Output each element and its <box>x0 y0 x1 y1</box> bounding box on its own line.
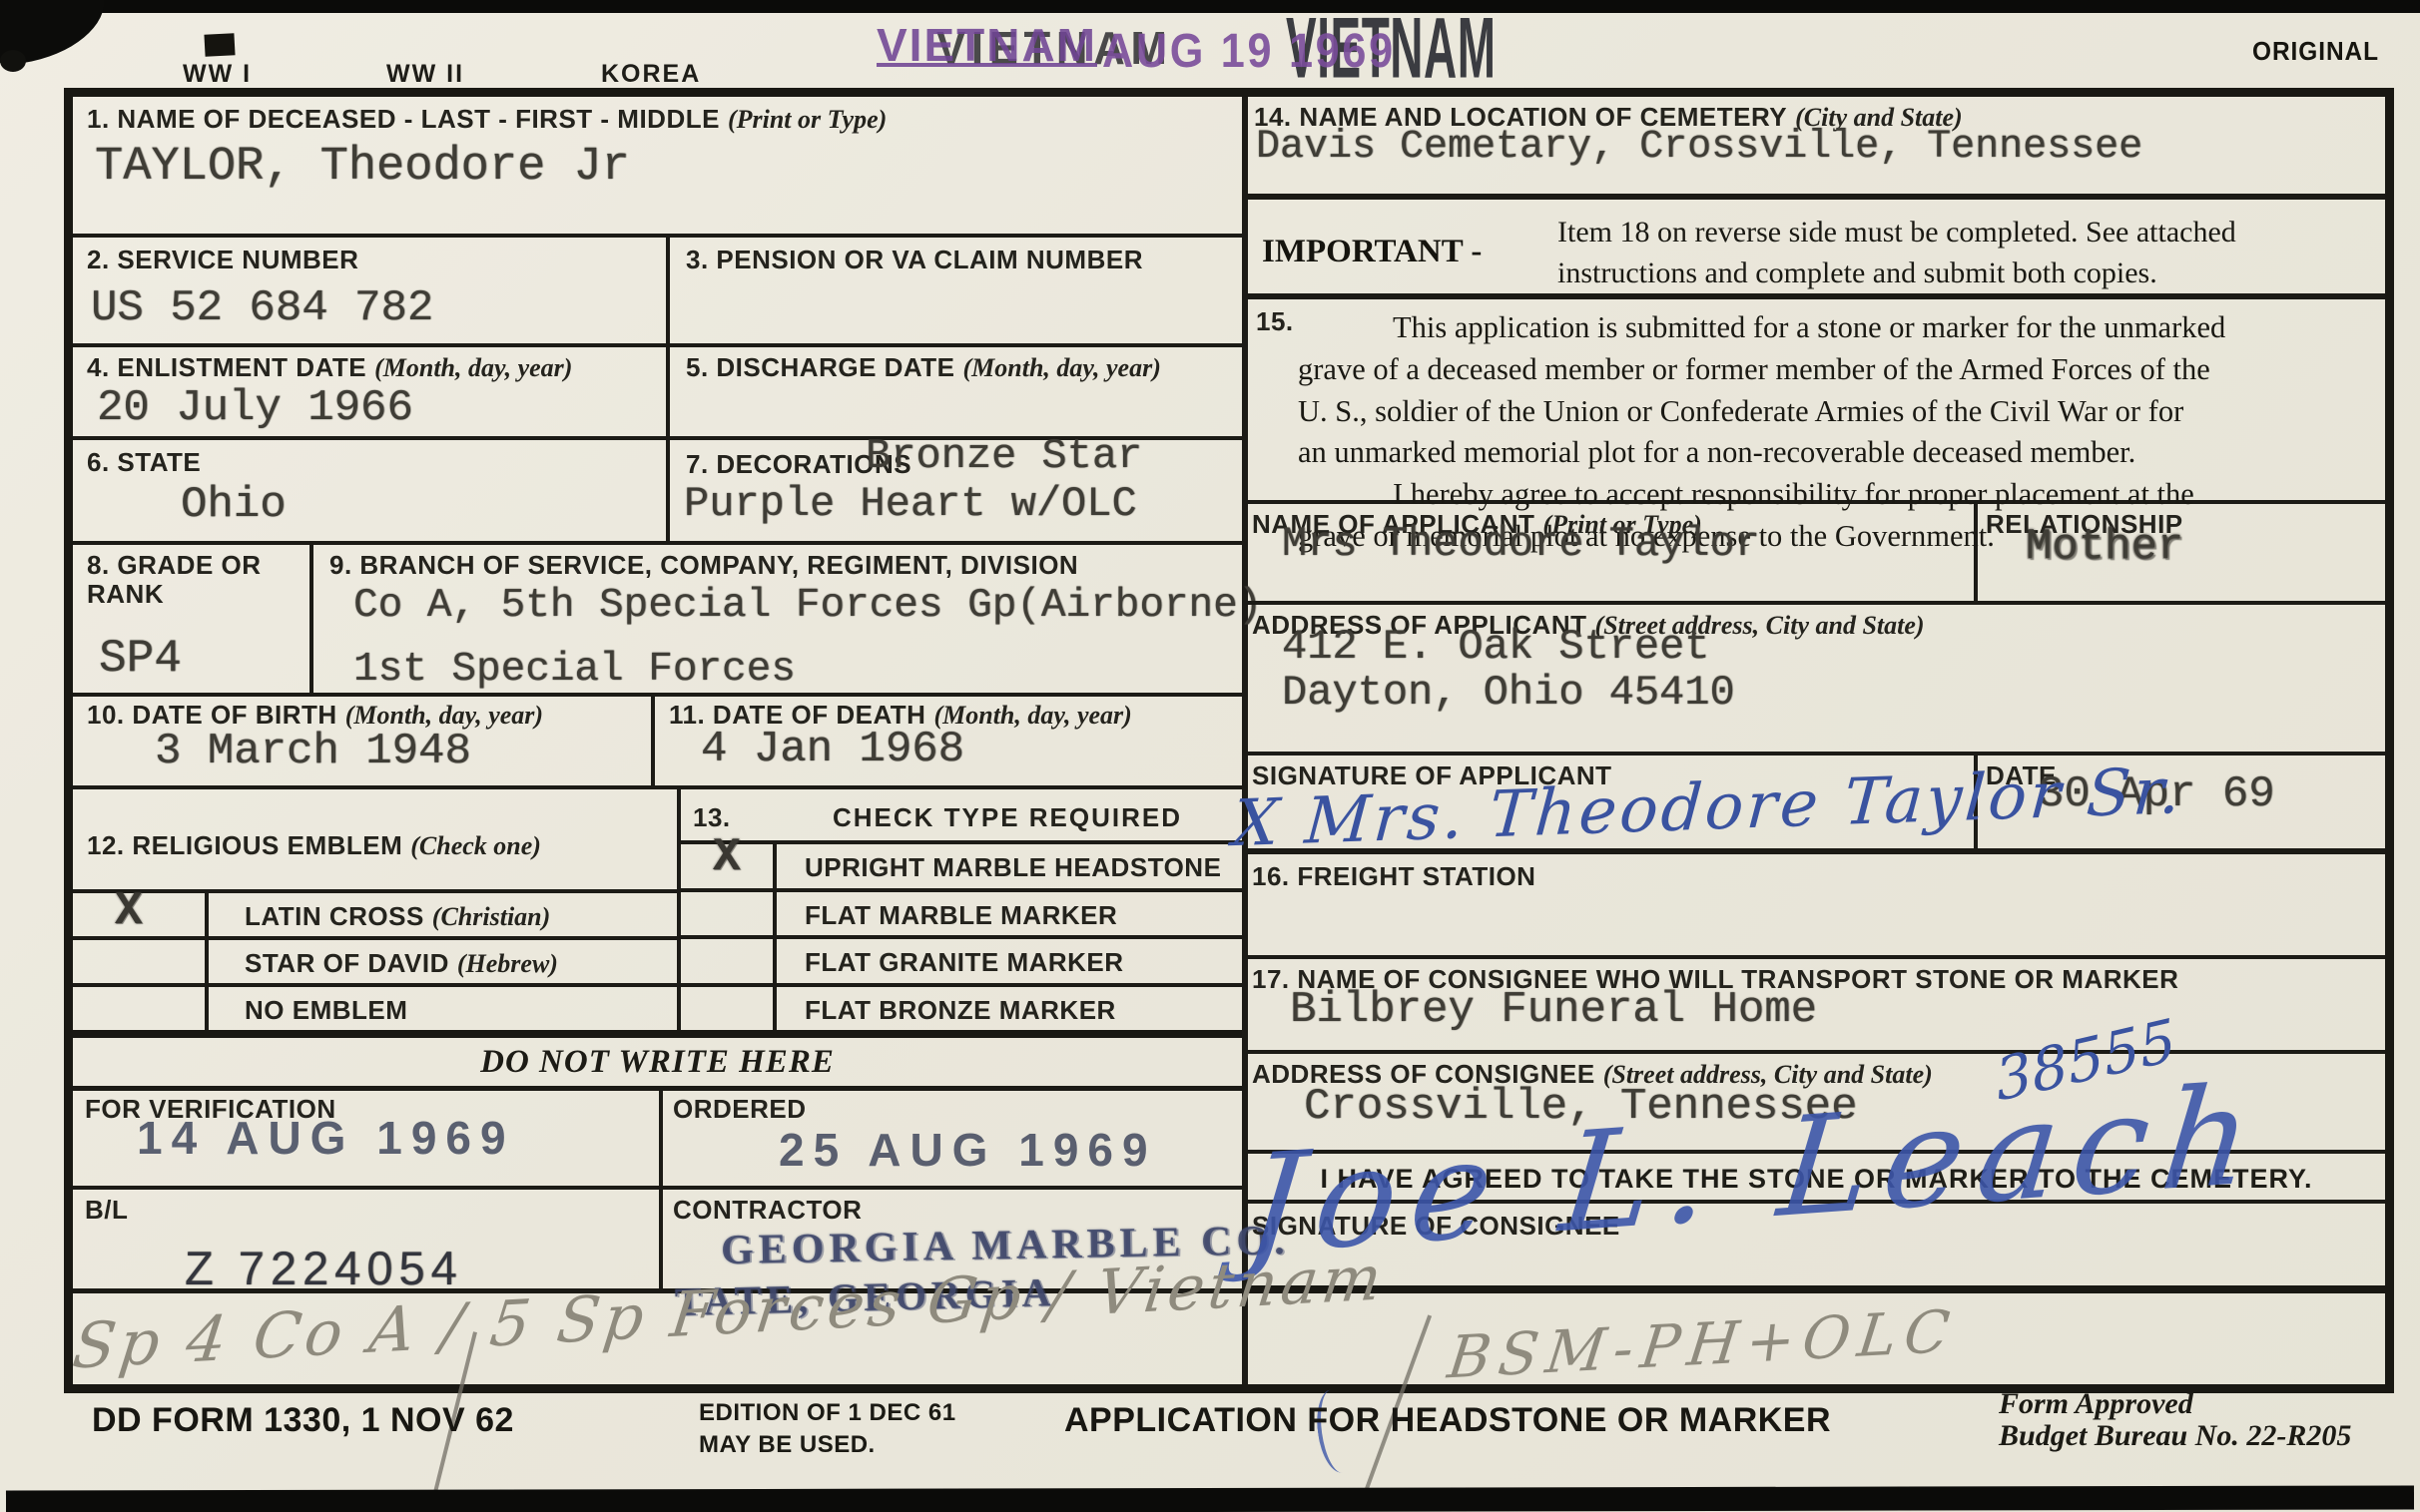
row-verification-ordered: FOR VERIFICATION 14 AUG 1969 ORDERED 25 … <box>73 1091 1242 1190</box>
form-right-column: 14. NAME AND LOCATION OF CEMETERY(City a… <box>1248 97 2385 1384</box>
field-for-verification: FOR VERIFICATION 14 AUG 1969 <box>73 1091 663 1186</box>
do-not-write-text: DO NOT WRITE HERE <box>480 1044 835 1081</box>
label-text: NO EMBLEM <box>245 995 407 1025</box>
date-of-death-value: 4 Jan 1968 <box>701 725 964 775</box>
copy-label-original: ORIGINAL <box>2252 36 2379 67</box>
field-applicant-name: NAME OF APPLICANT(Print or Type) Mrs The… <box>1248 504 1978 601</box>
relationship-value: Mother <box>2026 522 2183 573</box>
field-label: CONTRACTOR <box>673 1196 862 1225</box>
branch-value-line1: Co A, 5th Special Forces Gp(Airborne) <box>353 583 1262 630</box>
enlistment-date-value: 20 July 1966 <box>97 383 413 434</box>
field-decorations: 7. DECORATIONS Bronze Star Purple Heart … <box>670 440 1242 541</box>
form-title: APPLICATION FOR HEADSTONE OR MARKER <box>1064 1401 1831 1440</box>
marker-option-upright-marble: UPRIGHT MARBLE HEADSTONE <box>681 840 1242 888</box>
ordered-date-stamp: 25 AUG 1969 <box>779 1123 1157 1177</box>
option-label: FLAT BRONZE MARKER <box>777 987 1116 1031</box>
important-notice: IMPORTANT - Item 18 on reverse side must… <box>1248 200 2385 299</box>
field-cemetery: 14. NAME AND LOCATION OF CEMETERY(City a… <box>1248 97 2385 200</box>
service-number-value: US 52 684 782 <box>91 283 433 334</box>
label-note: (Month, day, year) <box>963 353 1161 382</box>
applicant-name-value: Mrs Theodore Taylor <box>1282 520 1760 568</box>
scan-corner-blob-small <box>0 50 26 72</box>
applicant-address-line2: Dayton, Ohio 45410 <box>1282 669 1735 717</box>
field-consignee-name: 17. NAME OF CONSIGNEE WHO WILL TRANSPORT… <box>1248 959 2385 1054</box>
label-note: (Hebrew) <box>457 949 558 978</box>
decorations-value-line1: Bronze Star <box>866 432 1142 480</box>
field-label: 8. GRADE OR RANK <box>87 551 272 609</box>
option-label: UPRIGHT MARBLE HEADSTONE <box>777 844 1221 888</box>
emblem-option-star-of-david: STAR OF DAVID(Hebrew) <box>73 936 677 983</box>
decorations-value-line2: Purple Heart w/OLC <box>684 480 1137 528</box>
marker-option-flat-marble: FLAT MARBLE MARKER <box>681 888 1242 936</box>
label-note: (Month, day, year) <box>374 353 572 382</box>
field-state: 6. STATE Ohio <box>73 440 670 541</box>
field-discharge-date: 5. DISCHARGE DATE(Month, day, year) <box>670 347 1242 436</box>
field-label: 3. PENSION OR VA CLAIM NUMBER <box>686 246 1143 274</box>
field-enlistment-date: 4. ENLISTMENT DATE(Month, day, year) 20 … <box>73 347 670 436</box>
label-text: 10. DATE OF BIRTH <box>87 700 337 730</box>
statement-line: U. S., soldier of the Union or Confedera… <box>1298 391 2381 433</box>
name-of-deceased-value: TAYLOR, Theodore Jr <box>95 141 630 195</box>
cemetery-value: Davis Cemetary, Crossville, Tennessee <box>1256 125 2142 171</box>
important-label: IMPORTANT - <box>1262 234 1482 269</box>
form-body: 1. NAME OF DECEASED - LAST - FIRST - MID… <box>64 88 2394 1393</box>
emblem-option-no-emblem: NO EMBLEM <box>73 983 677 1030</box>
important-label-wrap: IMPORTANT - <box>1248 200 1557 293</box>
verification-date-stamp: 14 AUG 1969 <box>137 1111 515 1165</box>
row-grade-branch: 8. GRADE OR RANK SP4 9. BRANCH OF SERVIC… <box>73 545 1242 697</box>
form-left-column: 1. NAME OF DECEASED - LAST - FIRST - MID… <box>73 97 1248 1384</box>
dd-form-1330-scan: WW I WW II KOREA VIETNAM VIETNAM AUG 19 … <box>0 0 2420 1512</box>
marker-option-flat-bronze: FLAT BRONZE MARKER <box>681 983 1242 1031</box>
label-note: (Month, day, year) <box>345 701 543 730</box>
war-label-korea: KOREA <box>601 60 701 89</box>
date-of-birth-value: 3 March 1948 <box>155 727 471 777</box>
checkbox-cell <box>681 892 777 936</box>
label-note: (Print or Type) <box>728 105 887 134</box>
emblem-option-latin-cross: LATIN CROSS(Christian) <box>73 889 677 936</box>
marker-options: UPRIGHT MARBLE HEADSTONE FLAT MARBLE MAR… <box>681 840 1242 1030</box>
field-religious-emblem: 12. RELIGIOUS EMBLEM(Check one) X LATIN … <box>73 789 681 1030</box>
label-text: LATIN CROSS <box>245 901 424 931</box>
state-value: Ohio <box>181 480 287 531</box>
option-label: FLAT MARBLE MARKER <box>777 892 1117 936</box>
field-label: ORDERED <box>673 1095 807 1124</box>
option-label: LATIN CROSS(Christian) <box>209 893 550 936</box>
edition-note-line2: MAY BE USED. <box>699 1431 876 1459</box>
label-note: (Christian) <box>432 902 551 931</box>
field-label: 16. FREIGHT STATION <box>1252 862 1535 891</box>
row-state-decorations: 6. STATE Ohio 7. DECORATIONS Bronze Star… <box>73 440 1242 545</box>
checkbox-cell <box>681 939 777 983</box>
checkbox-cell <box>73 987 209 1030</box>
row-enlistment-discharge: 4. ENLISTMENT DATE(Month, day, year) 20 … <box>73 347 1242 440</box>
field-bl: B/L Z 7224054 <box>73 1190 663 1288</box>
field-branch-of-service: 9. BRANCH OF SERVICE, COMPANY, REGIMENT,… <box>313 545 1242 693</box>
field-freight-station: 16. FREIGHT STATION <box>1248 854 2385 959</box>
vietnam-stamp: VIETNAM <box>877 18 1097 72</box>
important-line: instructions and complete and submit bot… <box>1557 252 2385 293</box>
row-birth-death: 10. DATE OF BIRTH(Month, day, year) 3 Ma… <box>73 697 1242 789</box>
important-text: Item 18 on reverse side must be complete… <box>1557 200 2385 293</box>
field-check-type-required: 13. CHECK TYPE REQUIRED X UPRIGHT MARBLE… <box>681 789 1242 1030</box>
field-label: 9. BRANCH OF SERVICE, COMPANY, REGIMENT,… <box>329 551 1078 580</box>
upright-headstone-checkbox-mark: X <box>713 831 741 883</box>
field-number: 13. <box>693 803 731 832</box>
label-text: 4. ENLISTMENT DATE <box>87 352 366 382</box>
checkbox-cell <box>681 987 777 1031</box>
do-not-write-banner: DO NOT WRITE HERE <box>73 1038 1242 1091</box>
latin-cross-checkbox-mark: X <box>115 885 143 937</box>
option-label: STAR OF DAVID(Hebrew) <box>209 940 558 983</box>
important-line: Item 18 on reverse side must be complete… <box>1557 212 2385 252</box>
field-label: 4. ENLISTMENT DATE(Month, day, year) <box>87 353 572 383</box>
label-text: 5. DISCHARGE DATE <box>686 352 955 382</box>
field-date-of-death: 11. DATE OF DEATH(Month, day, year) 4 Ja… <box>655 697 1242 785</box>
field-label: 5. DISCHARGE DATE(Month, day, year) <box>686 353 1161 383</box>
field-service-number: 2. SERVICE NUMBER US 52 684 782 <box>73 238 670 343</box>
field-applicant-address: ADDRESS OF APPLICANT(Street address, Cit… <box>1248 605 2385 756</box>
row-emblem-marker: 12. RELIGIOUS EMBLEM(Check one) X LATIN … <box>73 789 1242 1038</box>
field-label: 2. SERVICE NUMBER <box>87 246 358 274</box>
branch-value-line2: 1st Special Forces <box>353 647 796 694</box>
checkbox-cell <box>73 940 209 983</box>
statement-line: an unmarked memorial plot for a non-reco… <box>1298 432 2381 474</box>
field-label: 12. RELIGIOUS EMBLEM(Check one) <box>87 831 541 861</box>
field-pension-va-claim: 3. PENSION OR VA CLAIM NUMBER <box>670 238 1242 343</box>
consignee-name-value: Bilbrey Funeral Home <box>1290 985 1817 1036</box>
approval-note-line1: Form Approved <box>1999 1387 2193 1421</box>
scan-edge-bottom <box>6 1485 2414 1512</box>
field-label: CHECK TYPE REQUIRED <box>773 803 1242 832</box>
field-ordered: ORDERED 25 AUG 1969 <box>663 1091 1242 1186</box>
field-date-of-birth: 10. DATE OF BIRTH(Month, day, year) 3 Ma… <box>73 697 655 785</box>
field-relationship: RELATIONSHIP Mother <box>1978 504 2385 601</box>
bl-number-value: Z 7224054 <box>185 1242 463 1295</box>
label-text: 12. RELIGIOUS EMBLEM <box>87 830 402 860</box>
ink-blot <box>204 33 235 57</box>
received-date-stamp: AUG 19 1969 <box>1102 24 1396 79</box>
grade-value: SP4 <box>99 633 182 686</box>
approval-note-line2: Budget Bureau No. 22-R205 <box>1999 1419 2351 1453</box>
war-label-ww2: WW II <box>386 60 464 89</box>
statement-line: This application is submitted for a ston… <box>1298 307 2381 349</box>
field-number: 15. <box>1256 307 1294 336</box>
applicant-address-line1: 412 E. Oak Street <box>1282 623 1709 671</box>
edition-note-line1: EDITION OF 1 DEC 61 <box>699 1399 956 1427</box>
row-service-pension: 2. SERVICE NUMBER US 52 684 782 3. PENSI… <box>73 238 1242 347</box>
emblem-options: LATIN CROSS(Christian) STAR OF DAVID(Heb… <box>73 889 677 1030</box>
label-note: (Check one) <box>410 831 541 860</box>
scan-edge-top <box>0 0 2420 13</box>
field-label: 6. STATE <box>87 448 201 477</box>
option-label: NO EMBLEM <box>209 987 407 1030</box>
war-label-ww1: WW I <box>183 60 252 89</box>
statement-line: grave of a deceased member or former mem… <box>1298 349 2381 391</box>
field-label: 1. NAME OF DECEASED - LAST - FIRST - MID… <box>87 105 887 135</box>
field-name-of-deceased: 1. NAME OF DECEASED - LAST - FIRST - MID… <box>73 97 1242 238</box>
marker-option-flat-granite: FLAT GRANITE MARKER <box>681 935 1242 983</box>
label-text: STAR OF DAVID <box>245 948 449 978</box>
row-applicant-name: NAME OF APPLICANT(Print or Type) Mrs The… <box>1248 504 2385 605</box>
form-number: DD FORM 1330, 1 NOV 62 <box>92 1401 514 1440</box>
field-grade-or-rank: 8. GRADE OR RANK SP4 <box>73 545 313 693</box>
field-label: B/L <box>85 1196 128 1225</box>
label-text: 1. NAME OF DECEASED - LAST - FIRST - MID… <box>87 104 720 134</box>
field-certification-statement: 15. This application is submitted for a … <box>1248 299 2385 504</box>
option-label: FLAT GRANITE MARKER <box>777 939 1124 983</box>
